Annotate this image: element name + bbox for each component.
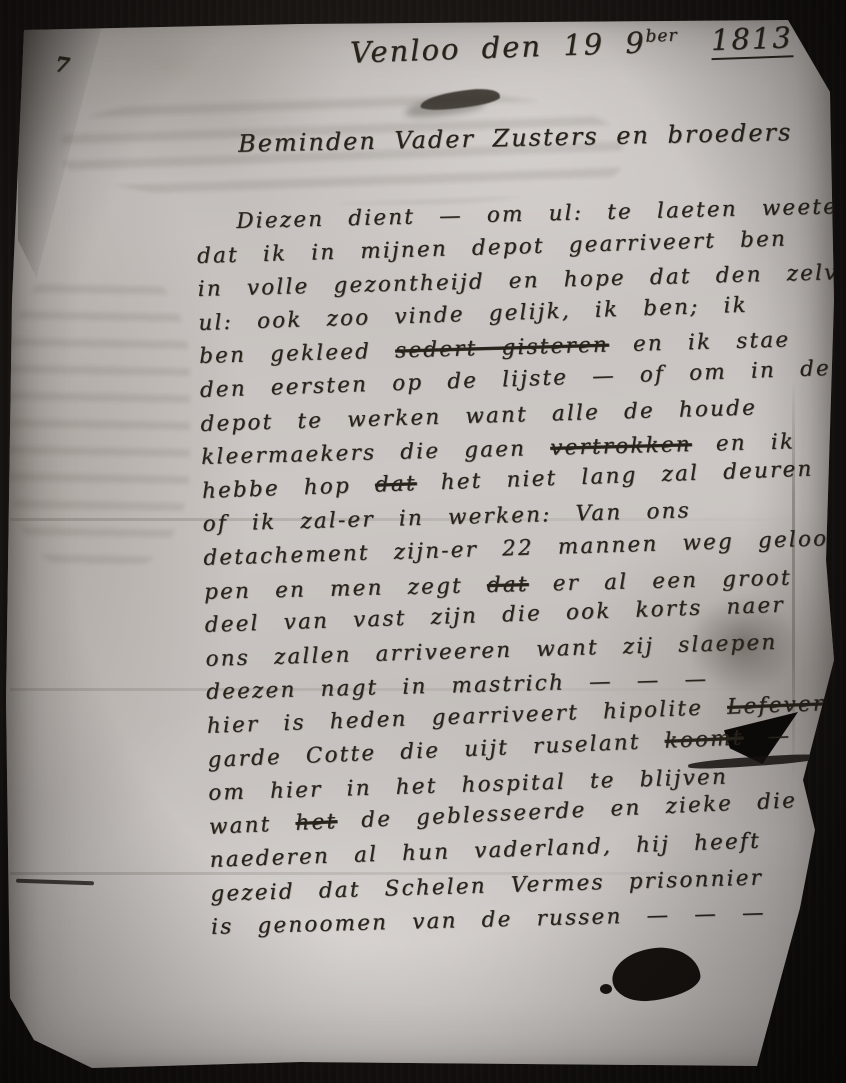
letter-paper: 7 Venloo den 19 9ber 1813 Beminden Vader… xyxy=(0,0,846,1083)
dateline: Venloo den 19 9ber 1813 xyxy=(350,20,794,69)
letter-body: Diezen dient — om ul: te laeten weetenda… xyxy=(196,193,846,945)
dateline-year: 1813 xyxy=(710,20,793,60)
dateline-month-suffix: ber xyxy=(645,26,678,47)
salutation: Beminden Vader Zusters en broeders xyxy=(238,118,793,158)
corner-mark: 7 xyxy=(53,51,71,78)
letter-photograph: 7 Venloo den 19 9ber 1813 Beminden Vader… xyxy=(0,0,846,1083)
dateline-place-date: Venloo den 19 9 xyxy=(350,25,647,69)
letter-text-layer: 7 Venloo den 19 9ber 1813 Beminden Vader… xyxy=(0,0,846,1083)
